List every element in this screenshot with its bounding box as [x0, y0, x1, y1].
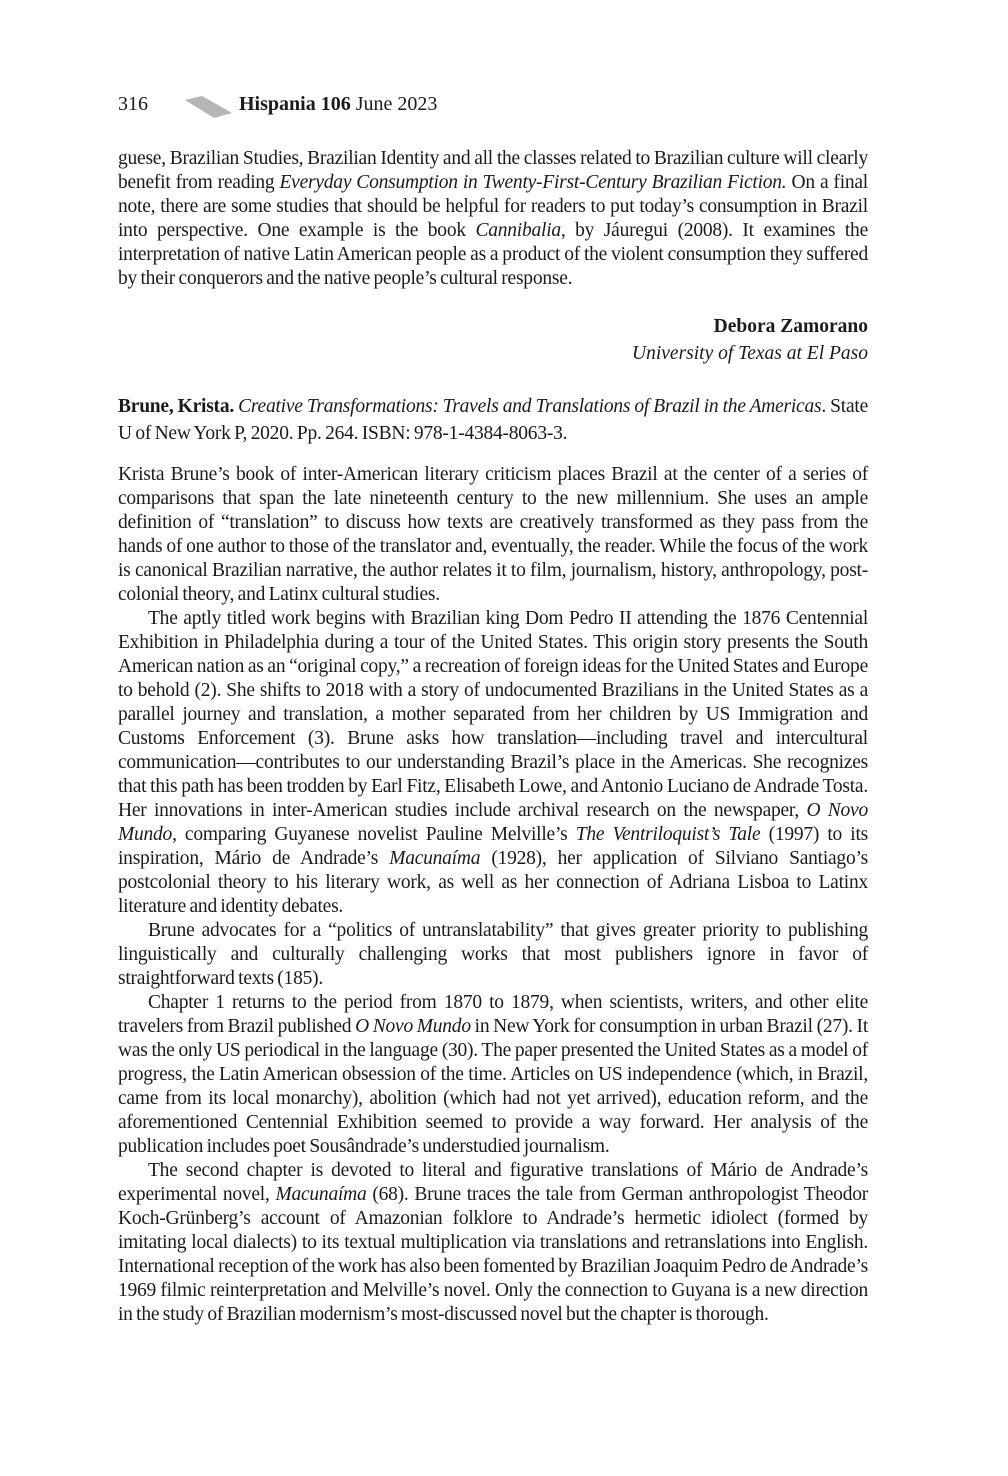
reviewer-attribution: Debora Zamorano University of Texas at E… [118, 313, 868, 367]
text-segment-normal: Brune advocates for a “politics of untra… [118, 920, 868, 989]
journal-page: 316 Hispania 106 June 2023 guese, Brazil… [118, 0, 868, 1327]
review-paragraph-4: Chapter 1 returns to the period from 187… [118, 991, 868, 1159]
text-segment-italic: O Novo Mundo [355, 1016, 471, 1037]
review-paragraph-2: The aptly titled work begins with Brazil… [118, 607, 868, 919]
reviewer-name: Debora Zamorano [118, 313, 868, 340]
review-body: Krista Brune’s book of inter-American li… [118, 463, 868, 1327]
text-segment-italic: Cannibalia, [475, 220, 565, 241]
text-segment-italic: Everyday Consumption in Twenty-First-Cen… [280, 172, 787, 193]
text-segment-italic: The Ventriloquist’s Tale [576, 824, 761, 845]
journal-title: Hispania 106 [239, 93, 351, 115]
review-paragraph-5: The second chapter is devoted to literal… [118, 1159, 868, 1327]
book-citation: Brune, Krista. Creative Transformations:… [118, 393, 868, 447]
text-segment-normal: , comparing Guyanese novelist Pauline Me… [172, 824, 576, 845]
text-segment-bold: Brune, Krista. [118, 396, 238, 417]
review-paragraph-1: Krista Brune’s book of inter-American li… [118, 463, 868, 607]
journal-masthead: Hispania 106 June 2023 [239, 92, 437, 116]
text-segment-normal: (68). Brune traces the tale from German … [118, 1184, 868, 1325]
reviewer-affiliation: University of Texas at El Paso [118, 340, 868, 367]
text-segment-italic: Creative Transformations: Travels and Tr… [238, 396, 821, 417]
text-segment-italic: Macunaíma [389, 848, 480, 869]
hispania-swoosh-icon [185, 96, 232, 118]
review-paragraph-3: Brune advocates for a “politics of untra… [118, 919, 868, 991]
running-head: 316 Hispania 106 June 2023 [118, 92, 868, 116]
text-segment-normal: The aptly titled work begins with Brazil… [118, 608, 868, 821]
text-segment-normal: Krista Brune’s book of inter-American li… [118, 464, 868, 605]
text-segment-italic: Macunaíma [275, 1184, 366, 1205]
continuation-paragraph: guese, Brazilian Studies, Brazilian Iden… [118, 147, 868, 291]
text-segment-normal: in New York for consumption in urban Bra… [118, 1016, 868, 1157]
journal-issue-date: June 2023 [356, 93, 438, 115]
page-number: 316 [118, 92, 185, 116]
